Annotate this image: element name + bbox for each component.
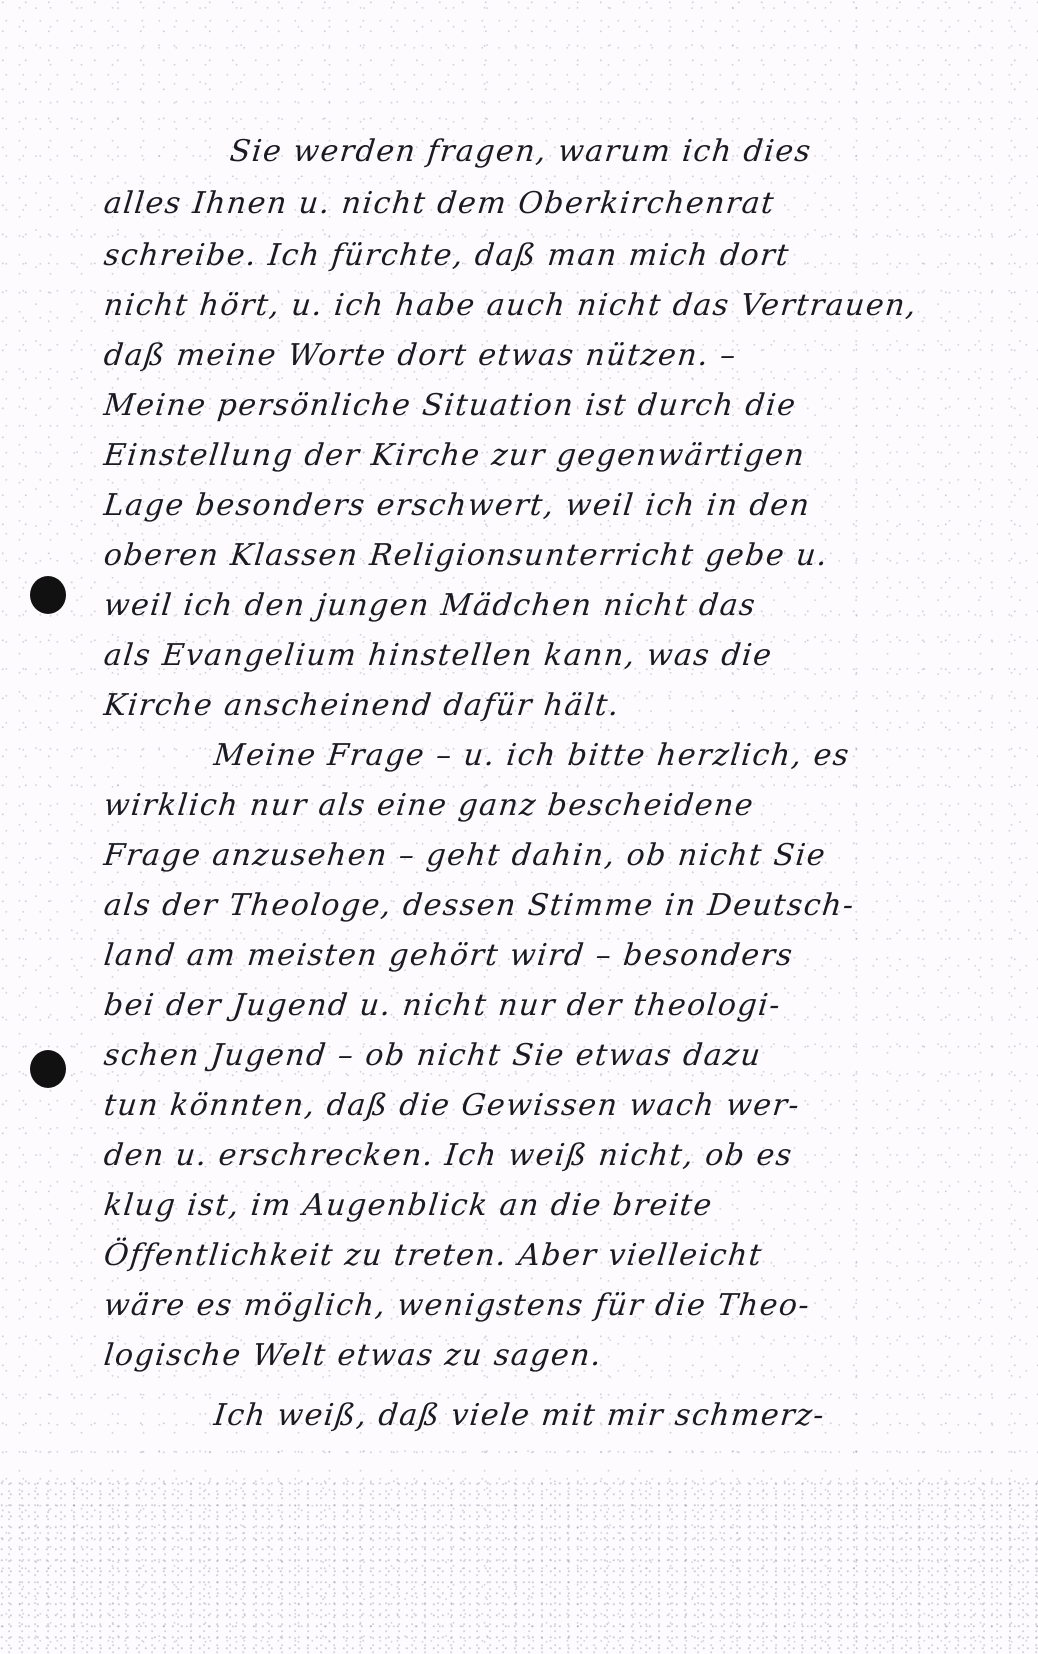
- letter-line: daß meine Worte dort etwas nützen. –: [102, 338, 738, 373]
- letter-line: bei der Jugend u. nicht nur der theologi…: [102, 988, 783, 1023]
- punch-hole: [30, 576, 66, 614]
- letter-line: logische Welt etwas zu sagen.: [102, 1338, 604, 1373]
- letter-line: als Evangelium hinstellen kann, was die: [102, 638, 774, 673]
- letter-line: Öffentlichkeit zu treten. Aber vielleich…: [102, 1238, 764, 1273]
- letter-line: oberen Klassen Religionsunterricht gebe …: [102, 538, 830, 573]
- letter-line: den u. erschrecken. Ich weiß nicht, ob e…: [102, 1138, 794, 1173]
- letter-page: Sie werden fragen, warum ich dies alles …: [0, 0, 1038, 1654]
- letter-line: land am meisten gehört wird – besonders: [102, 938, 795, 973]
- letter-line: Meine Frage – u. ich bitte herzlich, es: [212, 738, 852, 773]
- punch-hole: [30, 1050, 66, 1088]
- letter-line: Meine persönliche Situation ist durch di…: [102, 388, 798, 423]
- letter-line: wirklich nur als eine ganz bescheidene: [102, 788, 756, 823]
- scan-noise: [0, 1480, 1038, 1654]
- letter-line: Kirche anscheinend dafür hält.: [102, 688, 621, 723]
- letter-line: schen Jugend – ob nicht Sie etwas dazu: [102, 1038, 763, 1073]
- letter-line: Einstellung der Kirche zur gegenwärtigen: [102, 438, 807, 473]
- letter-line: schreibe. Ich fürchte, daß man mich dort: [102, 238, 791, 273]
- letter-line: als der Theologe, dessen Stimme in Deuts…: [102, 888, 856, 923]
- letter-line: Lage besonders erschwert, weil ich in de…: [102, 488, 812, 523]
- letter-line: Frage anzusehen – geht dahin, ob nicht S…: [102, 838, 828, 873]
- letter-line: weil ich den jungen Mädchen nicht das: [102, 588, 758, 623]
- letter-line: wäre es möglich, wenigstens für die Theo…: [102, 1288, 812, 1323]
- letter-line: klug ist, im Augenblick an die breite: [102, 1188, 714, 1223]
- letter-line: alles Ihnen u. nicht dem Oberkirchenrat: [102, 186, 777, 221]
- letter-line: Ich weiß, daß viele mit mir schmerz-: [212, 1398, 827, 1433]
- letter-line: Sie werden fragen, warum ich dies: [228, 134, 813, 169]
- letter-line: tun könnten, daß die Gewissen wach wer-: [102, 1088, 802, 1123]
- letter-line: nicht hört, u. ich habe auch nicht das V…: [102, 288, 919, 323]
